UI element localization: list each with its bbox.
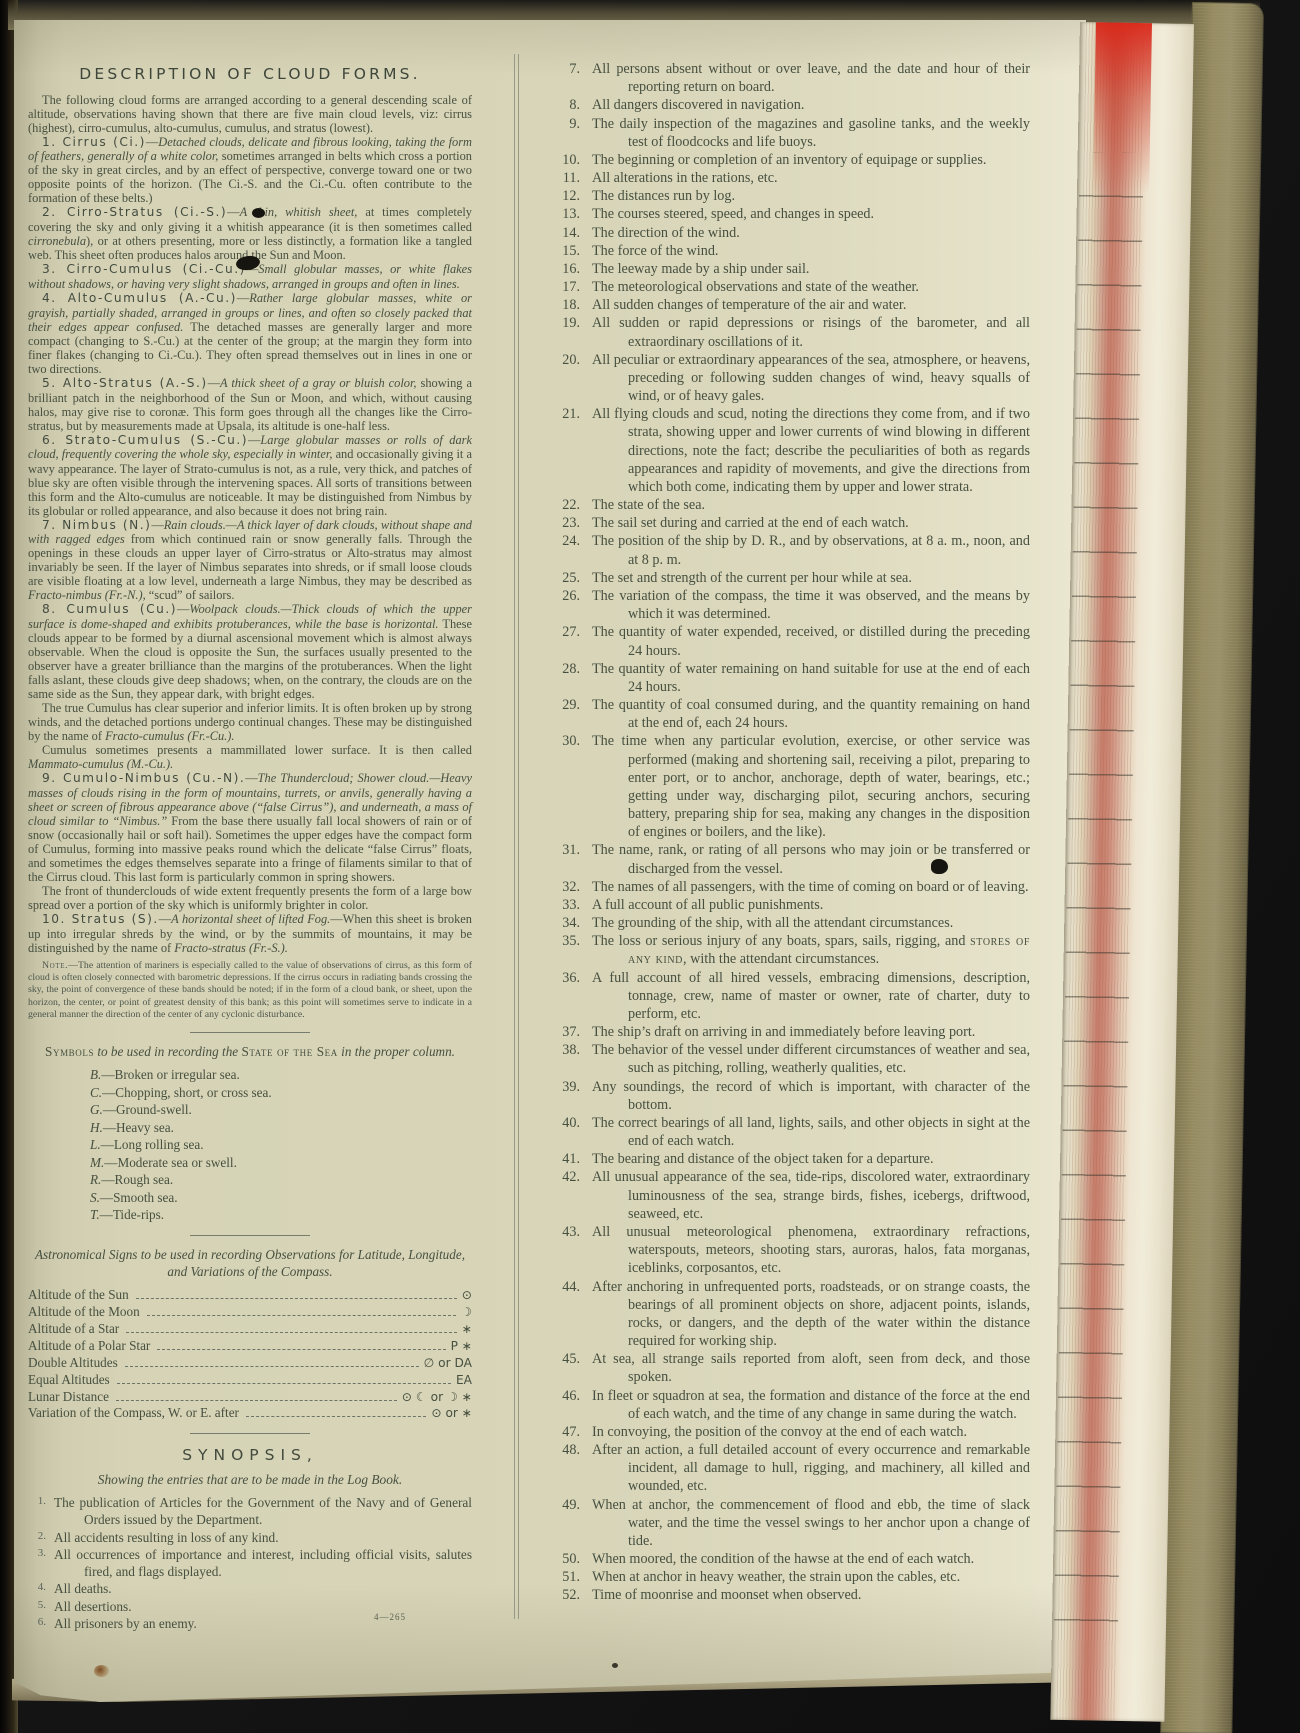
synopsis-entry: 40.The correct bearings of all land, lig… [538, 1114, 1030, 1150]
entry-number: 9. [538, 115, 580, 133]
cloud-form-entry-cirro-stratus: 2. Cirro-Stratus (Ci.-S.)—A thin, whitis… [28, 205, 472, 262]
synopsis-entry: 47.In convoying, the position of the con… [538, 1423, 1030, 1441]
sea-symbol-row: M.—Moderate sea or swell. [28, 1154, 472, 1172]
entry-number: 12. [538, 187, 580, 205]
text-run: State of the Sea [241, 1044, 337, 1059]
synopsis-entry: 42.All unusual appearance of the sea, ti… [538, 1168, 1030, 1223]
entry-text: The grounding of the ship, with all the … [592, 915, 953, 931]
astro-sign-row: Altitude of the Sun⊙ [28, 1287, 472, 1304]
astro-sign-row: Double Altitudes∅ or DA [28, 1355, 472, 1372]
astro-sign-row: Altitude of a Star∗ [28, 1321, 472, 1338]
section-divider-rule [190, 1235, 310, 1236]
text-run: M. [90, 1155, 104, 1170]
text-run: R. [90, 1172, 101, 1187]
entry-text: All peculiar or extraordinary appearance… [592, 352, 1030, 404]
synopsis-entry: 44.After anchoring in unfrequented ports… [538, 1278, 1030, 1351]
synopsis-entry: 45.At sea, all strange sails reported fr… [538, 1350, 1030, 1386]
entry-text: The quantity of water remaining on hand … [592, 661, 1030, 695]
text-run: Variation of the Compass, W. or E. after [28, 1405, 239, 1422]
text-run: The following cloud forms are arranged a… [28, 93, 472, 135]
entry-text: The position of the ship by D. R., and b… [592, 533, 1030, 567]
astro-symbol: ∗ [462, 1322, 472, 1338]
text-run: Altitude of the Sun [28, 1287, 129, 1304]
entry-number: 3. [20, 1546, 46, 1560]
synopsis-entry: 50.When moored, the condition of the haw… [538, 1550, 1030, 1568]
text-run: The front of thunderclouds of wide exten… [28, 884, 472, 912]
text-run: — [227, 205, 239, 219]
sea-symbol-row: L.—Long rolling sea. [28, 1136, 472, 1154]
text-run: 4. Alto-Cumulus (A.-Cu.) [42, 291, 237, 305]
text-run: — [146, 135, 158, 149]
astro-sign-row: Altitude of the Moon☽ [28, 1304, 472, 1321]
entry-text: All persons absent without or over leave… [592, 61, 1030, 95]
entry-number: 23. [538, 514, 580, 532]
section-divider-rule [190, 1032, 310, 1033]
synopsis-entry: 14.The direction of the wind. [538, 224, 1030, 242]
synopsis-entry: 1.The publication of Articles for the Go… [28, 1494, 472, 1529]
entry-number: 48. [538, 1441, 580, 1459]
text-run: The true Cumulus has clear superior and … [28, 701, 472, 743]
synopsis-entry: 15.The force of the wind. [538, 242, 1030, 260]
text-run: — [151, 518, 163, 532]
entry-text: Time of moonrise and moonset when observ… [592, 1587, 861, 1603]
entry-text: All occurrences of importance and intere… [54, 1547, 472, 1579]
synopsis-entry: 31.The name, rank, or rating of all pers… [538, 841, 1030, 877]
entry-text: The meteorological observations and stat… [592, 279, 919, 295]
printers-signature-mark: 4—265 [374, 1612, 406, 1622]
text-run: S. [90, 1190, 100, 1205]
synopsis-entry: 8.All dangers discovered in navigation. [538, 96, 1030, 114]
astro-symbol: EA [456, 1373, 472, 1389]
entry-number: 26. [538, 587, 580, 605]
text-run: 7. Nimbus (N.) [42, 518, 151, 532]
text-run: cirronebula [28, 234, 86, 248]
sea-symbol-row: T.—Tide-rips. [28, 1206, 472, 1224]
entry-number: 46. [538, 1387, 580, 1405]
synopsis-entry: 3.All occurrences of importance and inte… [28, 1546, 472, 1581]
entry-number: 7. [538, 60, 580, 78]
text-run: in the proper column. [338, 1044, 455, 1059]
entry-number: 44. [538, 1278, 580, 1296]
sea-symbol-row: S.—Smooth sea. [28, 1189, 472, 1207]
text-run: A thick sheet of a gray or bluish color, [220, 376, 417, 390]
entry-text: When moored, the condition of the hawse … [592, 1551, 974, 1567]
entry-text: The state of the sea. [592, 497, 705, 513]
synopsis-entry: 9.The daily inspection of the magazines … [538, 115, 1030, 151]
synopsis-entry: 18.All sudden changes of temperature of … [538, 296, 1030, 314]
text-run: Lunar Distance [28, 1389, 109, 1406]
entry-number: 39. [538, 1078, 580, 1096]
text-run: —Ground-swell. [103, 1102, 192, 1117]
text-run: —Broken or irregular sea. [101, 1067, 239, 1082]
text-run: Double Altitudes [28, 1355, 118, 1372]
foxing-stain [94, 1665, 109, 1677]
synopsis-entry: 46.In fleet or squadron at sea, the form… [538, 1387, 1030, 1423]
synopsis-entry: 34.The grounding of the ship, with all t… [538, 914, 1030, 932]
entry-text: All alterations in the rations, etc. [592, 170, 778, 186]
entry-text: The quantity of water expended, received… [592, 624, 1030, 658]
synopsis-entry: 52.Time of moonrise and moonset when obs… [538, 1586, 1030, 1604]
synopsis-entry: 11.All alterations in the rations, etc. [538, 169, 1030, 187]
entry-text: All sudden changes of temperature of the… [592, 297, 906, 313]
synopsis-entry: 51.When at anchor in heavy weather, the … [538, 1568, 1030, 1586]
right-column-synopsis-entries-7-52: 7.All persons absent without or over lea… [538, 60, 1030, 1605]
note-paragraph: Note.—The attention of mariners is espec… [28, 960, 472, 1021]
synopsis-entry: 22.The state of the sea. [538, 496, 1030, 514]
entry-number: 16. [538, 260, 580, 278]
dotted-leader [136, 1298, 457, 1299]
entry-text: Any soundings, the record of which is im… [592, 1079, 1030, 1113]
text-run: G. [90, 1102, 103, 1117]
astronomical-signs-heading: Astronomical Signs to be used in recordi… [28, 1246, 472, 1280]
text-run: Altitude of the Moon [28, 1304, 140, 1321]
synopsis-entry: 4.All deaths. [28, 1580, 472, 1597]
text-run: Note. [42, 960, 68, 971]
entry-text: The direction of the wind. [592, 225, 740, 241]
entry-text: The force of the wind. [592, 243, 718, 259]
entry-text: The set and strength of the current per … [592, 570, 912, 586]
synopsis-entry: 26.The variation of the compass, the tim… [538, 587, 1030, 623]
astro-symbol: ⊙ or ∗ [431, 1406, 472, 1422]
text-run: 2. Cirro-Stratus (Ci.-S.) [42, 205, 227, 219]
text-run: L. [90, 1137, 101, 1152]
entry-text: All flying clouds and scud, noting the d… [592, 406, 1030, 495]
entry-number: 50. [538, 1550, 580, 1568]
book-page: DESCRIPTION OF CLOUD FORMS. The followin… [14, 20, 1086, 1702]
section-divider-rule [190, 1433, 310, 1434]
entry-number: 47. [538, 1423, 580, 1441]
synopsis-entry: 21.All flying clouds and scud, noting th… [538, 405, 1030, 496]
text-run: —Rough sea. [101, 1172, 173, 1187]
synopsis-entry: 24.The position of the ship by D. R., an… [538, 532, 1030, 568]
cloud-form-entry-stratus: 10. Stratus (S).—A horizontal sheet of l… [28, 912, 472, 955]
entry-text: The time when any particular evolution, … [592, 733, 1030, 840]
entry-number: 15. [538, 242, 580, 260]
entry-text: The ship’s draft on arriving in and imme… [592, 1024, 975, 1040]
left-column: DESCRIPTION OF CLOUD FORMS. The followin… [28, 56, 472, 1632]
entry-text: All unusual appearance of the sea, tide-… [592, 1169, 1030, 1221]
text-run: —Smooth sea. [100, 1190, 178, 1205]
entry-text: The beginning or completion of an invent… [592, 152, 986, 168]
entry-text: The distances run by log. [592, 188, 735, 204]
synopsis-subtitle: Showing the entries that are to be made … [28, 1472, 472, 1487]
text-run: B. [90, 1067, 101, 1082]
entry-number: 21. [538, 405, 580, 423]
synopsis-heading: SYNOPSIS, [28, 1447, 472, 1465]
entry-number: 18. [538, 296, 580, 314]
astro-sign-row: Lunar Distance⊙ ☾ or ☽ ∗ [28, 1389, 472, 1406]
entry-text: The leeway made by a ship under sail. [592, 261, 809, 277]
synopsis-entry: 32.The names of all passengers, with the… [538, 878, 1030, 896]
astro-sign-row: Equal AltitudesEA [28, 1372, 472, 1389]
text-run: — [177, 602, 189, 616]
cloud-form-entry-cirrus: 1. Cirrus (Ci.)—Detached clouds, delicat… [28, 135, 472, 206]
text-run: Fracto-stratus (Fr.-S.). [174, 941, 288, 955]
entry-number: 22. [538, 496, 580, 514]
cloud-form-entry-alto-cumulus: 4. Alto-Cumulus (A.-Cu.)—Rather large gl… [28, 291, 472, 376]
entry-number: 25. [538, 569, 580, 587]
astro-symbol: ⊙ [462, 1288, 472, 1304]
entry-number: 19. [538, 314, 580, 332]
text-run: H. [90, 1120, 103, 1135]
text-run: —Long rolling sea. [101, 1137, 204, 1152]
entry-number: 43. [538, 1223, 580, 1241]
entry-number: 45. [538, 1350, 580, 1368]
entry-text: A full account of all hired vessels, emb… [592, 970, 1030, 1022]
intro-paragraph: The following cloud forms are arranged a… [28, 93, 472, 135]
text-run: 6. Strato-Cumulus (S.-Cu.) [42, 433, 248, 447]
entry-number: 13. [538, 205, 580, 223]
entry-number: 36. [538, 969, 580, 987]
entry-text: The bearing and distance of the object t… [592, 1151, 934, 1167]
text-run: T. [90, 1207, 100, 1222]
entry-number: 33. [538, 896, 580, 914]
sea-symbol-row: G.—Ground-swell. [28, 1101, 472, 1119]
entry-text: The publication of Articles for the Gove… [54, 1495, 472, 1527]
entry-number: 35. [538, 932, 580, 950]
entry-text: The courses steered, speed, and changes … [592, 206, 874, 222]
entry-number: 4. [20, 1580, 46, 1594]
entry-number: 14. [538, 224, 580, 242]
entry-text: When at anchor in heavy weather, the str… [592, 1569, 960, 1585]
dotted-leader [147, 1315, 456, 1316]
synopsis-entry: 33.A full account of all public punishme… [538, 896, 1030, 914]
entry-number: 1. [20, 1494, 46, 1508]
entry-text: The daily inspection of the magazines an… [592, 116, 1030, 150]
cumulus-fracto-paragraph: The true Cumulus has clear superior and … [28, 701, 472, 743]
page-title: DESCRIPTION OF CLOUD FORMS. [28, 66, 472, 84]
synopsis-entry: 12.The distances run by log. [538, 187, 1030, 205]
text-run: A horizontal sheet of lifted Fog. [171, 912, 330, 926]
sea-symbol-row: C.—Chopping, short, or cross sea. [28, 1084, 472, 1102]
text-run: — [208, 376, 220, 390]
sea-symbol-row: B.—Broken or irregular sea. [28, 1066, 472, 1084]
text-run: to be used in recording the [94, 1044, 241, 1059]
entry-number: 30. [538, 732, 580, 750]
dotted-leader [157, 1349, 445, 1350]
astro-sign-row: Variation of the Compass, W. or E. after… [28, 1405, 472, 1422]
synopsis-entry: 20.All peculiar or extraordinary appeara… [538, 351, 1030, 406]
text-run: C. [90, 1085, 102, 1100]
synopsis-entry: 13.The courses steered, speed, and chang… [538, 205, 1030, 223]
entry-text: After an action, a full detailed account… [592, 1442, 1030, 1494]
entry-number: 51. [538, 1568, 580, 1586]
cloud-form-entry-nimbus: 7. Nimbus (N.)—Rain clouds.—A thick laye… [28, 518, 472, 603]
text-run: —Chopping, short, or cross sea. [102, 1085, 272, 1100]
entry-text: All prisoners by an enemy. [54, 1616, 197, 1631]
text-run: The loss or serious injury of any boats,… [592, 933, 970, 949]
sea-symbols-list: B.—Broken or irregular sea.C.—Chopping, … [28, 1066, 472, 1224]
entry-text: The quantity of coal consumed during, an… [592, 697, 1030, 731]
dotted-leader [116, 1400, 397, 1401]
thundercloud-paragraph: The front of thunderclouds of wide exten… [28, 884, 472, 912]
entry-number: 37. [538, 1023, 580, 1041]
text-run: Altitude of a Polar Star [28, 1338, 150, 1355]
synopsis-entry: 7.All persons absent without or over lea… [538, 60, 1030, 96]
text-run: —Moderate sea or swell. [104, 1155, 237, 1170]
text-run: , with the attendant circumstances. [683, 951, 879, 967]
text-run: Symbols [45, 1044, 94, 1059]
entry-number: 29. [538, 696, 580, 714]
text-run: Mammato-cumulus (M.-Cu.). [28, 757, 173, 771]
synopsis-entry: 29.The quantity of coal consumed during,… [538, 696, 1030, 732]
synopsis-entry: 37.The ship’s draft on arriving in and i… [538, 1023, 1030, 1041]
cumulus-mammato-paragraph: Cumulus sometimes presents a mammillated… [28, 743, 472, 771]
entry-text: All dangers discovered in navigation. [592, 97, 804, 113]
text-run: —The attention of mariners is especially… [28, 960, 472, 1020]
sea-symbol-row: R.—Rough sea. [28, 1171, 472, 1189]
text-run: 3. Cirro-Cumulus (Ci.-Cu.) [42, 262, 246, 276]
sea-symbol-row: H.—Heavy sea. [28, 1119, 472, 1137]
entry-number: 40. [538, 1114, 580, 1132]
synopsis-entry: 43.All unusual meteorological phenomena,… [538, 1223, 1030, 1278]
text-run: Equal Altitudes [28, 1372, 110, 1389]
entry-text: When at anchor, the commencement of floo… [592, 1497, 1030, 1549]
synopsis-entry: 49.When at anchor, the commencement of f… [538, 1496, 1030, 1551]
text-run: Cumulus sometimes presents a mammillated… [42, 743, 472, 757]
text-run: 8. Cumulus (Cu.) [42, 602, 177, 616]
entry-number: 41. [538, 1150, 580, 1168]
synopsis-entry: 36.A full account of all hired vessels, … [538, 969, 1030, 1024]
astronomical-signs-list: Altitude of the Sun⊙Altitude of the Moon… [28, 1287, 472, 1422]
entry-text: The variation of the compass, the time i… [592, 588, 1030, 622]
entry-text: In convoying, the position of the convoy… [592, 1424, 967, 1440]
synopsis-entry: 28.The quantity of water remaining on ha… [538, 660, 1030, 696]
cloud-form-entry-cumulo-nimbus: 9. Cumulo-Nimbus (Cu.-N).—The Thunderclo… [28, 771, 472, 884]
entry-text: The behavior of the vessel under differe… [592, 1042, 1030, 1076]
entry-number: 11. [538, 169, 580, 187]
text-run: 1. Cirrus (Ci.) [42, 135, 146, 149]
entry-number: 5. [20, 1598, 46, 1612]
text-run: 9. Cumulo-Nimbus (Cu.-N). [42, 771, 245, 785]
ink-blot [252, 208, 265, 218]
entry-number: 49. [538, 1496, 580, 1514]
astro-sign-row: Altitude of a Polar StarP ∗ [28, 1338, 472, 1355]
entry-number: 2. [20, 1529, 46, 1543]
cloud-form-entry-cumulus: 8. Cumulus (Cu.)—Woolpack clouds.—Thick … [28, 602, 472, 701]
synopsis-entry: 27.The quantity of water expended, recei… [538, 623, 1030, 659]
text-run: 5. Alto-Stratus (A.-S.) [42, 376, 208, 390]
entry-text: All unusual meteorological phenomena, ex… [592, 1224, 1030, 1276]
entry-number: 38. [538, 1041, 580, 1059]
entry-number: 17. [538, 278, 580, 296]
entry-text: The name, rank, or rating of all persons… [592, 842, 1030, 876]
column-divider-rule [514, 54, 519, 1619]
entry-number: 42. [538, 1168, 580, 1186]
entry-text: In fleet or squadron at sea, the formati… [592, 1388, 1030, 1422]
text-run: — [248, 433, 260, 447]
entry-text: The correct bearings of all land, lights… [592, 1115, 1030, 1149]
entry-text: The sail set during and carried at the e… [592, 515, 909, 531]
synopsis-entry: 39.Any soundings, the record of which is… [538, 1078, 1030, 1114]
text-run: Altitude of a Star [28, 1321, 119, 1338]
text-run: Fracto-cumulus (Fr.-Cu.). [105, 729, 234, 743]
astro-symbol: ☽ [461, 1305, 472, 1321]
entry-text: The names of all passengers, with the ti… [592, 879, 1029, 895]
synopsis-entry: 23.The sail set during and carried at th… [538, 514, 1030, 532]
synopsis-entry: 35.The loss or serious injury of any boa… [538, 932, 1030, 968]
synopsis-entry: 41.The bearing and distance of the objec… [538, 1150, 1030, 1168]
entry-number: 6. [20, 1615, 46, 1629]
text-run: — [159, 912, 171, 926]
text-run: “scud” of sailors. [146, 588, 235, 602]
synopsis-entry: 30.The time when any particular evolutio… [538, 732, 1030, 841]
text-run: — [237, 291, 249, 305]
cloud-form-entry-strato-cumulus: 6. Strato-Cumulus (S.-Cu.)—Large globula… [28, 433, 472, 518]
entry-number: 8. [538, 96, 580, 114]
entry-text: All accidents resulting in loss of any k… [54, 1530, 279, 1545]
synopsis-entry: 16.The leeway made by a ship under sail. [538, 260, 1030, 278]
text-run: — [245, 771, 257, 785]
astro-symbol: ∅ or DA [424, 1356, 472, 1372]
synopsis-entry: 25.The set and strength of the current p… [538, 569, 1030, 587]
entry-text: All deaths. [54, 1581, 112, 1596]
text-run: 10. Stratus (S). [42, 912, 159, 926]
entry-number: 32. [538, 878, 580, 896]
dotted-leader [126, 1332, 457, 1333]
text-run: Fracto-nimbus (Fr.-N.), [28, 588, 146, 602]
synopsis-entry: 38.The behavior of the vessel under diff… [538, 1041, 1030, 1077]
cloud-forms-section: The following cloud forms are arranged a… [28, 93, 472, 1021]
synopsis-entry: 19.All sudden or rapid depressions or ri… [538, 314, 1030, 350]
cloud-form-entry-alto-stratus: 5. Alto-Stratus (A.-S.)—A thick sheet of… [28, 376, 472, 433]
dotted-leader [125, 1366, 419, 1367]
ink-speck [612, 1663, 618, 1668]
entry-number: 34. [538, 914, 580, 932]
text-run: —Tide-rips. [100, 1207, 164, 1222]
entry-number: 20. [538, 351, 580, 369]
entry-number: 24. [538, 532, 580, 550]
entry-number: 28. [538, 660, 580, 678]
text-run: —Heavy sea. [103, 1120, 174, 1135]
synopsis-entry: 48.After an action, a full detailed acco… [538, 1441, 1030, 1496]
entry-text: All desertions. [54, 1599, 132, 1614]
dotted-leader [117, 1383, 451, 1384]
sea-symbols-heading: Symbols to be used in recording the Stat… [28, 1043, 472, 1060]
synopsis-entry: 10.The beginning or completion of an inv… [538, 151, 1030, 169]
entry-number: 52. [538, 1586, 580, 1604]
astro-symbol: P ∗ [451, 1339, 472, 1355]
synopsis-entry: 2.All accidents resulting in loss of any… [28, 1529, 472, 1546]
entry-number: 31. [538, 841, 580, 859]
entry-number: 10. [538, 151, 580, 169]
synopsis-entry: 17.The meteorological observations and s… [538, 278, 1030, 296]
dotted-leader [246, 1416, 426, 1417]
astro-symbol: ⊙ ☾ or ☽ ∗ [402, 1390, 472, 1406]
ink-blot [931, 859, 948, 874]
entry-number: 27. [538, 623, 580, 641]
entry-text: All sudden or rapid depressions or risin… [592, 315, 1030, 349]
entry-text: At sea, all strange sails reported from … [592, 1351, 1030, 1385]
entry-text: After anchoring in unfrequented ports, r… [592, 1279, 1030, 1350]
entry-text: A full account of all public punishments… [592, 897, 823, 913]
